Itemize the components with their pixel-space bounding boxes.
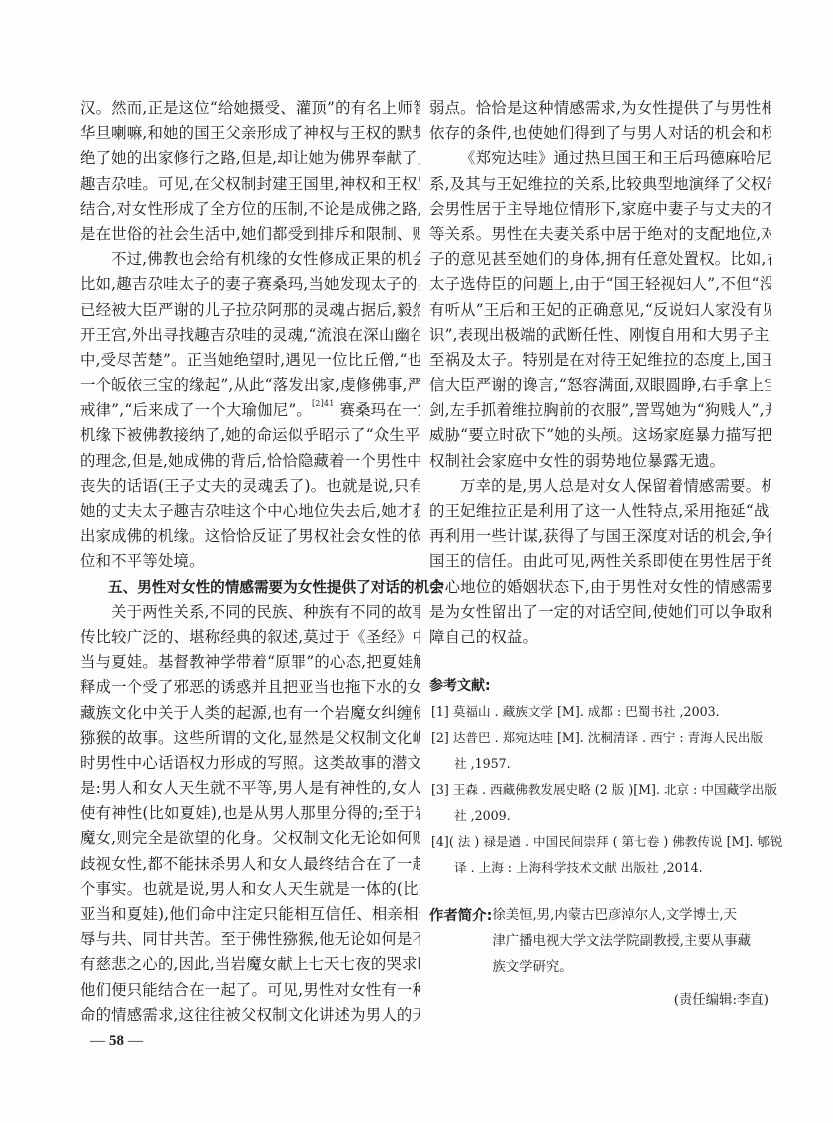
text-line: 他们便只能结合在一起了。可见,男性对女性有一种宿 <box>80 978 420 1003</box>
text-line: 开王宫,外出寻找趣吉尕哇的灵魂,“流浪在深山幽谷之 <box>80 323 420 348</box>
reference-text: [4]( 法 ) 禄是遒 . 中国民间崇拜 ( 第七卷 ) 佛教传说 [M]. … <box>431 834 783 849</box>
responsible-editor: (责任编辑:李直) <box>429 989 771 1008</box>
left-column: 汉。然而,正是这位“给她摄受、灌顶”的有名上师智买 华旦喇嘛,和她的国王父亲形成… <box>80 96 420 1028</box>
text-line: 津广播电视大学文法学院副教授,主要从事藏 <box>492 929 751 955</box>
text-segment: 赛桑玛在一定的 <box>340 401 420 419</box>
text-line: 机缘下被佛教接纳了,她的命运似乎昭示了“众生平等” <box>80 423 420 448</box>
paragraph-3: 关于两性关系,不同的民族、种族有不同的故事,流 传比较广泛的、堪称经典的叙述,莫… <box>80 600 420 1028</box>
text-segment: 戒律”,“后来成了一个大瑜伽尼”。 <box>80 401 312 419</box>
text-line: 徐美恒,男,内蒙古巴彦淖尔人,文学博士,天 <box>492 903 751 929</box>
text-line: 剑,左手抓着维拉胸前的衣服”,詈骂她为“狗贱人”,并 <box>429 398 771 423</box>
text-line: 至祸及太子。特别是在对待王妃维拉的态度上,国王轻 <box>429 348 771 373</box>
references-title: 参考文献: <box>429 674 771 699</box>
text-line: 亚当和夏娃),他们命中注定只能相互信任、相亲相爱、荣 <box>80 902 420 927</box>
text-line: 是为女性留出了一定的对话空间,使她们可以争取和保 <box>429 600 771 625</box>
text-line: 时男性中心话语权力形成的写照。这类故事的潜文本就 <box>80 751 420 776</box>
dash-left: — <box>90 1033 105 1049</box>
text-line: 识”,表现出极端的武断任性、刚愎自用和大男子主义,终 <box>429 323 771 348</box>
section-heading: 五、男性对女性的情感需要为女性提供了对话的机会 <box>80 575 420 600</box>
paragraph-3: 万幸的是,男人总是对女人保留着情感需要。机智 的王妃维拉正是利用了这一人性特点,… <box>429 474 771 650</box>
text-line: 不过,佛教也会给有机缘的女性修成正果的机会。 <box>80 247 420 272</box>
paragraph-2: 不过,佛教也会给有机缘的女性修成正果的机会。 比如,趣吉尕哇太子的妻子赛桑玛,当… <box>80 247 420 574</box>
text-line: 系,及其与王妃维拉的关系,比较典型地演绎了父权制社 <box>429 172 771 197</box>
text-line: 魔女,则完全是欲望的化身。父权制文化无论如何贬低、 <box>80 826 420 851</box>
text-line: 命的情感需求,这往往被父权制文化讲述为男人的天生 <box>80 1003 420 1028</box>
text-line: 绝了她的出家修行之路,但是,却让她为佛界奉献了儿子 <box>80 146 420 171</box>
text-line: 弱点。恰恰是这种情感需求,为女性提供了与男性相互 <box>429 96 771 121</box>
reference-text: [1] 莫福山 . 藏族文学 [M]. 成都 : 巴蜀书社 ,2003. <box>431 704 720 719</box>
text-line: 趣吉尕哇。可见,在父权制封建王国里,神权和王权紧密 <box>80 172 420 197</box>
reference-item: [1] 莫福山 . 藏族文学 [M]. 成都 : 巴蜀书社 ,2003. <box>429 699 771 725</box>
reference-text: [2] 达普巴 . 郑宛达哇 [M]. 沈桐清译 . 西宁 : 青海人民出版 <box>431 730 763 745</box>
text-line: 是在世俗的社会生活中,她们都受到排斥和限制、贬抑。 <box>80 222 420 247</box>
text-line: 国王的信任。由此可见,两性关系即使在男性居于绝对 <box>429 549 771 574</box>
author-bio-text: 徐美恒,男,内蒙古巴彦淖尔人,文学博士,天 津广播电视大学文法学院副教授,主要从… <box>492 903 751 981</box>
text-line: 是:男人和女人天生就不平等,男人是有神性的,女人即 <box>80 776 420 801</box>
text-line: 丧失的话语(王子丈夫的灵魂丢了)。也就是说,只有在 <box>80 474 420 499</box>
text-line: 的理念,但是,她成佛的背后,恰恰隐藏着一个男性中心 <box>80 449 420 474</box>
text-line: 辱与共、同甘共苦。至于佛性猕猴,他无论如何是不能没 <box>80 927 420 952</box>
text-line: 信大臣严谢的谗言,“怒容满面,双眼圆睁,右手拿上宝 <box>429 373 771 398</box>
reference-item: [2] 达普巴 . 郑宛达哇 [M]. 沈桐清译 . 西宁 : 青海人民出版 社… <box>429 725 771 777</box>
author-bio-label: 作者简介: <box>429 903 492 981</box>
text-line: 威胁“要立时砍下”她的头颅。这场家庭暴力描写把父 <box>429 423 771 448</box>
reference-continuation: 译 . 上海 : 上海科学技术文献 出版社 ,2014. <box>431 855 771 881</box>
text-line: 的王妃维拉正是利用了这一人性特点,采用拖延“战法”, <box>429 499 771 524</box>
text-line: 释成一个受了邪恶的诱惑并且把亚当也拖下水的女人。 <box>80 675 420 700</box>
author-bio: 作者简介: 徐美恒,男,内蒙古巴彦淖尔人,文学博士,天 津广播电视大学文法学院副… <box>429 903 771 981</box>
text-line: 比如,趣吉尕哇太子的妻子赛桑玛,当她发现太子的身躯 <box>80 272 420 297</box>
text-line: 中,受尽苦楚”。正当她绝望时,遇见一位比丘僧,“也是 <box>80 348 420 373</box>
paragraph-2: 《郑宛达哇》通过热旦国王和王后玛德麻哈尼的关 系,及其与王妃维拉的关系,比较典型… <box>429 146 771 473</box>
text-line: 猕猴的故事。这些所谓的文化,显然是父权制文化崛起 <box>80 726 420 751</box>
text-line: 出家成佛的机缘。这恰恰反证了男权社会女性的依附地 <box>80 524 420 549</box>
text-line: 关于两性关系,不同的民族、种族有不同的故事,流 <box>80 600 420 625</box>
text-line: 华旦喇嘛,和她的国王父亲形成了神权与王权的默契,拒 <box>80 121 420 146</box>
text-line: 中心地位的婚姻状态下,由于男性对女性的情感需要,还 <box>429 575 771 600</box>
text-line: 万幸的是,男人总是对女人保留着情感需要。机智 <box>429 474 771 499</box>
text-line: 位和不平等处境。 <box>80 549 420 574</box>
text-line: 歧视女性,都不能抹杀男人和女人最终结合在了一起这 <box>80 852 420 877</box>
paragraph-1: 汉。然而,正是这位“给她摄受、灌顶”的有名上师智买 华旦喇嘛,和她的国王父亲形成… <box>80 96 420 247</box>
paragraph-1: 弱点。恰恰是这种情感需求,为女性提供了与男性相互 依存的条件,也使她们得到了与男… <box>429 96 771 146</box>
text-line-with-citation: 戒律”,“后来成了一个大瑜伽尼”。[2]41 赛桑玛在一定的 <box>80 398 420 423</box>
text-line: 再利用一些计谋,获得了与国王深度对话的机会,争得了 <box>429 524 771 549</box>
text-line: 子的意见甚至她们的身体,拥有任意处置权。比如,在给 <box>429 247 771 272</box>
text-line: 当与夏娃。基督教神学带着“原罪”的心态,把夏娃解 <box>80 650 420 675</box>
reference-continuation: 社 ,1957. <box>431 751 771 777</box>
text-line: 权制社会家庭中女性的弱势地位暴露无遗。 <box>429 449 771 474</box>
text-line: 障自己的权益。 <box>429 625 771 650</box>
page-number: —58— <box>90 1033 143 1050</box>
reference-continuation: 社 ,2009. <box>431 803 771 829</box>
text-line: 有慈悲之心的,因此,当岩魔女献上七天七夜的哭求时, <box>80 952 420 977</box>
text-line: 汉。然而,正是这位“给她摄受、灌顶”的有名上师智买 <box>80 96 420 121</box>
page-number-value: 58 <box>109 1033 124 1049</box>
text-line: 传比较广泛的、堪称经典的叙述,莫过于《圣经》中的亚 <box>80 625 420 650</box>
text-line: 依存的条件,也使她们得到了与男人对话的机会和权利。 <box>429 121 771 146</box>
text-line: 已经被大臣严谢的儿子拉尕阿那的灵魂占据后,毅然离 <box>80 298 420 323</box>
references-list: [1] 莫福山 . 藏族文学 [M]. 成都 : 巴蜀书社 ,2003. [2]… <box>429 699 771 881</box>
reference-text: [3] 王森 . 西藏佛教发展史略 (2 版 )[M]. 北京 : 中国藏学出版 <box>431 782 777 797</box>
text-line: 有听从”王后和王妃的正确意见,“反说妇人家没有见 <box>429 298 771 323</box>
text-line: 一个皈依三宝的缘起”,从此“落发出家,虔修佛事,严守 <box>80 373 420 398</box>
text-line: 族文学研究。 <box>492 955 751 981</box>
citation-marker: [2]41 <box>312 399 335 408</box>
text-line: 藏族文化中关于人类的起源,也有一个岩魔女纠缠佛性 <box>80 701 420 726</box>
text-line: 太子选侍臣的问题上,由于“国王轻视妇人”,不但“没 <box>429 272 771 297</box>
text-line: 等关系。男性在夫妻关系中居于绝对的支配地位,对妻 <box>429 222 771 247</box>
text-line: 使有神性(比如夏娃),也是从男人那里分得的;至于岩 <box>80 801 420 826</box>
right-column: 弱点。恰恰是这种情感需求,为女性提供了与男性相互 依存的条件,也使她们得到了与男… <box>429 96 771 1008</box>
text-line: 《郑宛达哇》通过热旦国王和王后玛德麻哈尼的关 <box>429 146 771 171</box>
text-line: 结合,对女性形成了全方位的压制,不论是成佛之路,还 <box>80 197 420 222</box>
text-line: 她的丈夫太子趣吉尕哇这个中心地位失去后,她才获得 <box>80 499 420 524</box>
reference-item: [3] 王森 . 西藏佛教发展史略 (2 版 )[M]. 北京 : 中国藏学出版… <box>429 777 771 829</box>
dash-right: — <box>128 1033 143 1049</box>
reference-item: [4]( 法 ) 禄是遒 . 中国民间崇拜 ( 第七卷 ) 佛教传说 [M]. … <box>429 829 771 881</box>
text-line: 个事实。也就是说,男人和女人天生就是一体的(比如 <box>80 877 420 902</box>
text-line: 会男性居于主导地位情形下,家庭中妻子与丈夫的不对 <box>429 197 771 222</box>
